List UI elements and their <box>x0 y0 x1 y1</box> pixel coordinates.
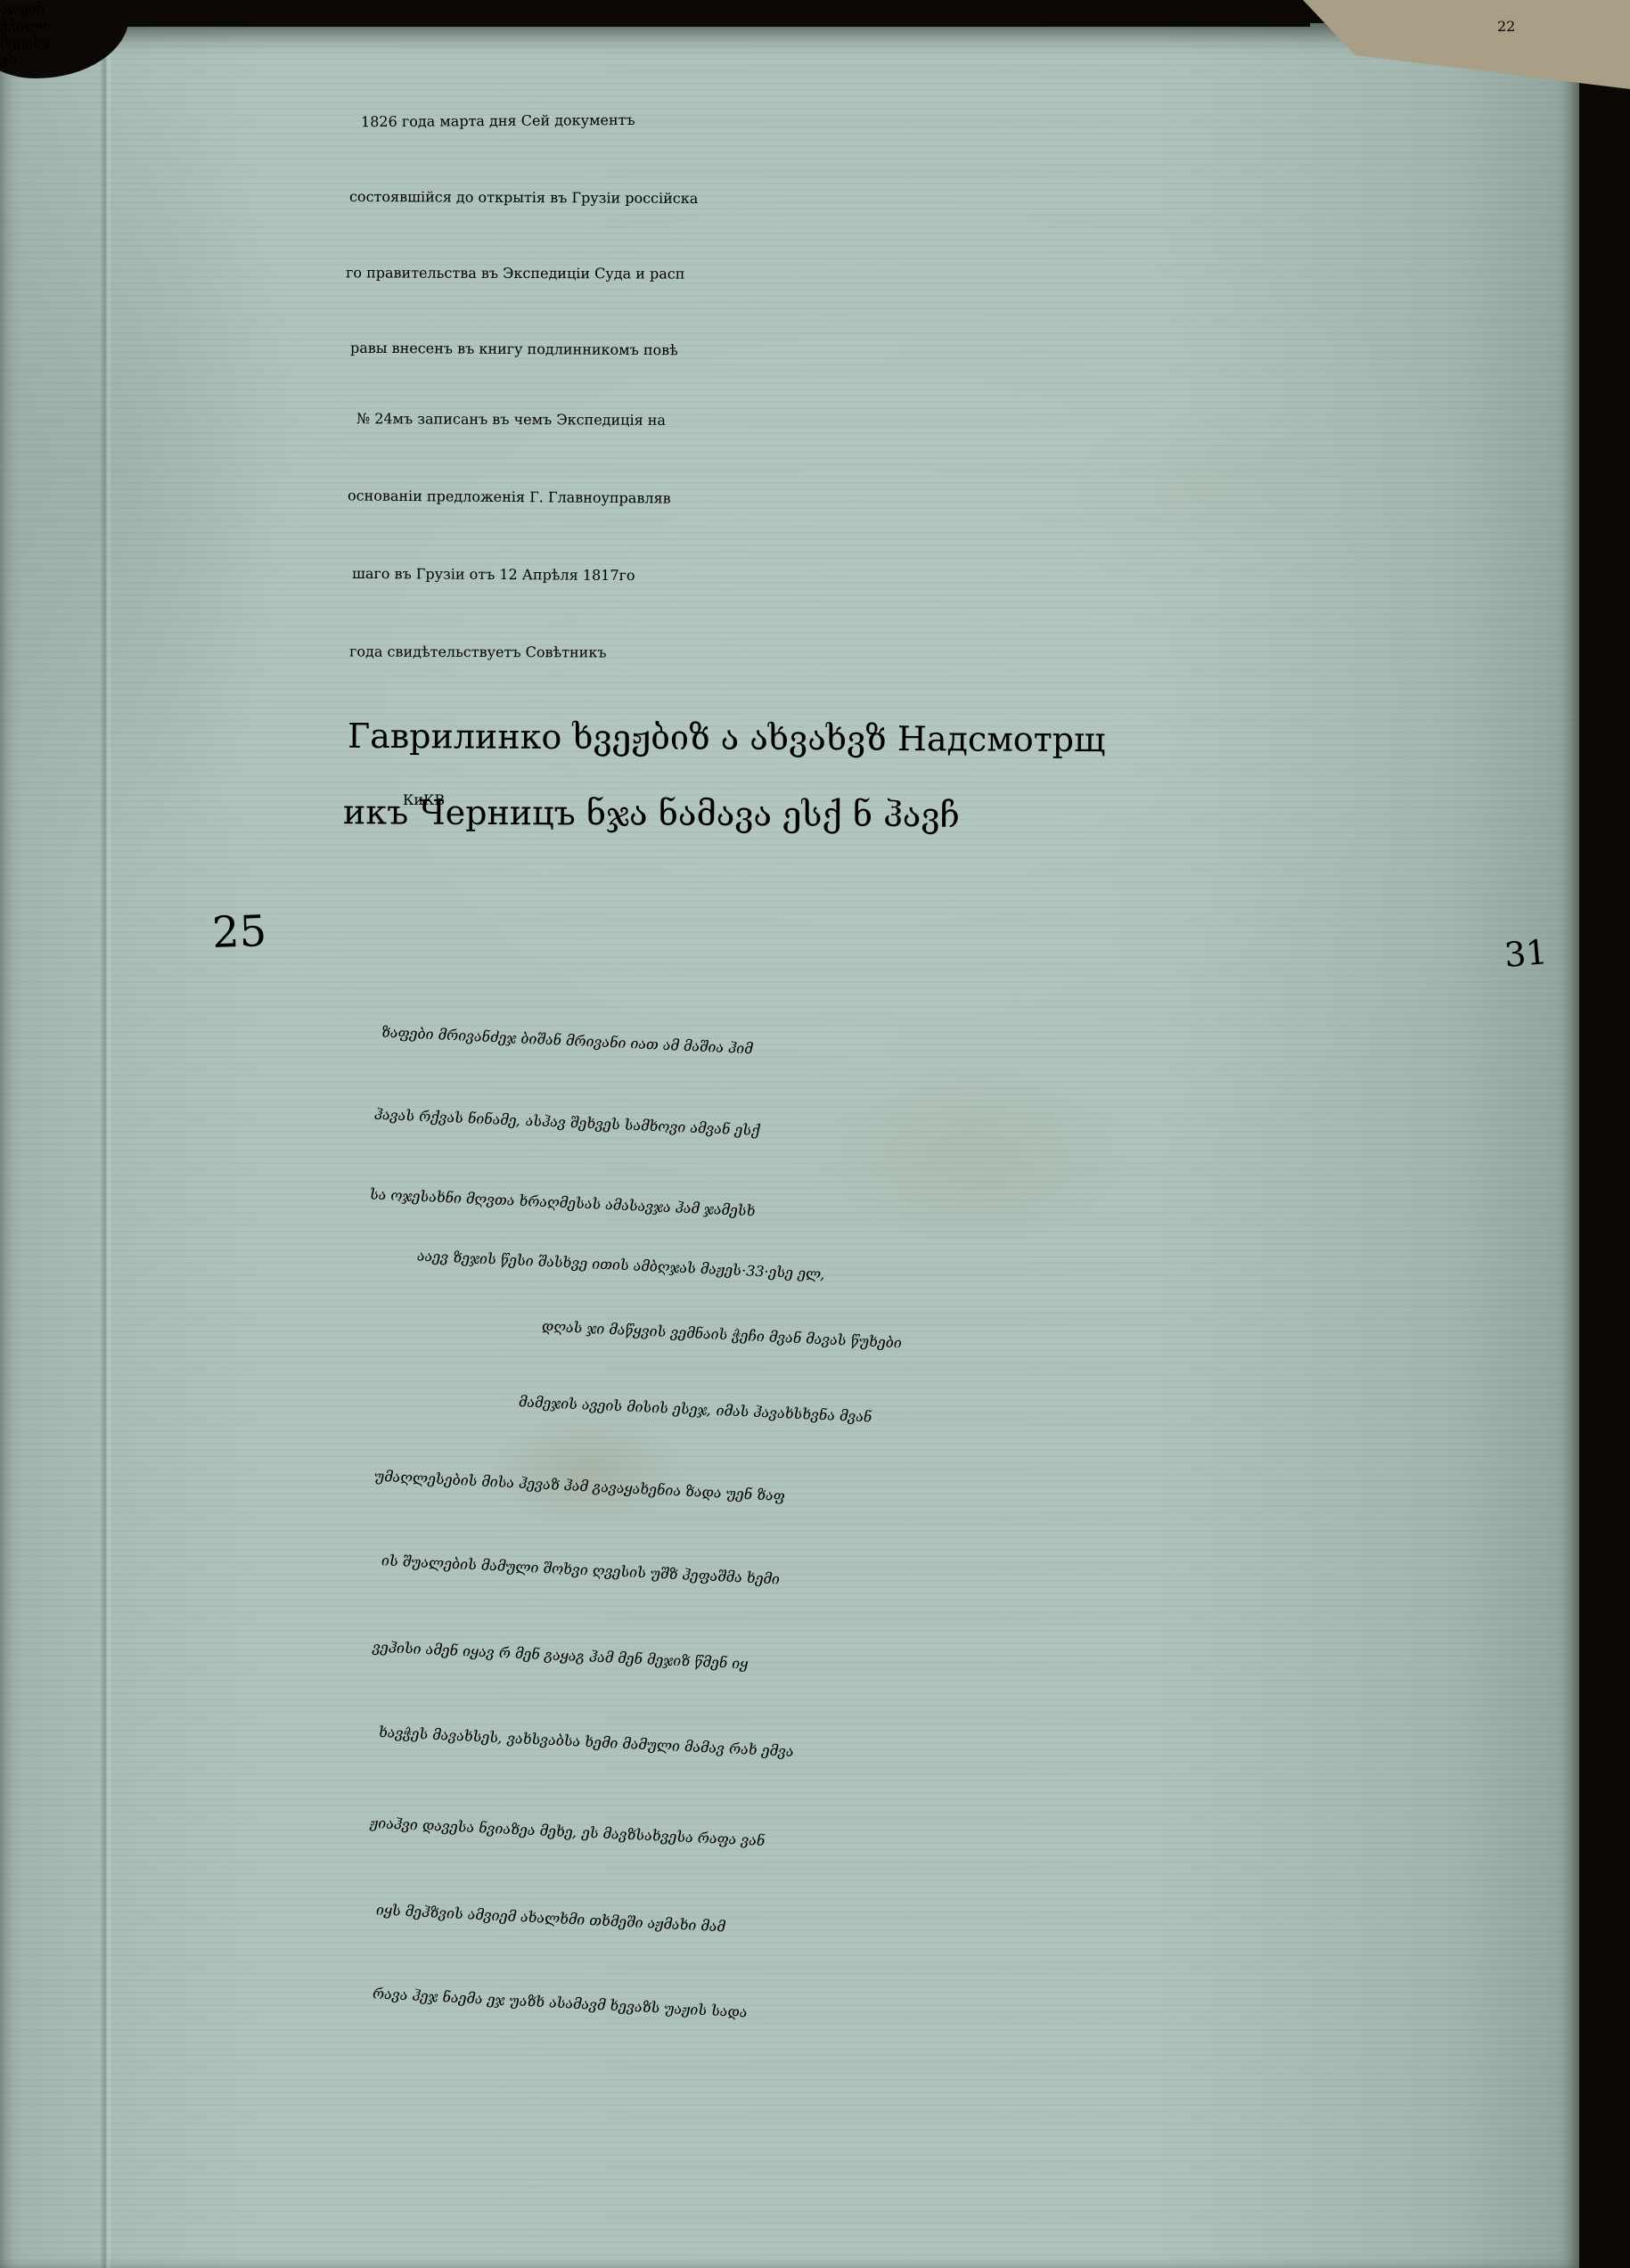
scan-background-top <box>0 0 1310 27</box>
ink-blotch <box>0 896 21 1043</box>
marginal-number: 31 <box>1503 932 1549 975</box>
manuscript-line-ru: равы внесенъ въ книгу подлинникомъ повѣ <box>350 340 678 359</box>
manuscript-line-ru: № 24мъ записанъ въ чемъ Экспедиція на <box>356 410 666 429</box>
manuscript-line-ru: года свидѣтельствуетъ Совѣтникъ <box>349 643 607 660</box>
margin-note-line: მეჟესჯ <box>0 34 52 51</box>
margin-note-line: ჭჭილო <box>0 17 52 34</box>
manuscript-line-ru: Гаврилинко ხვეჟბიზ ა ახვახვზ Надсмотрщ <box>348 716 1106 759</box>
margin-note-line: ვს <box>0 51 52 68</box>
entry-number: 25 <box>211 906 267 958</box>
manuscript-line-ru: основаніи предложенія Г. Главноуправляв <box>348 487 671 506</box>
signature-flourish: КиКВ <box>403 791 445 808</box>
manuscript-line-ru: 1826 года марта дня Сей документъ <box>361 111 635 130</box>
ink-blotch <box>0 1996 16 2183</box>
folio-number: 22 <box>1497 18 1515 35</box>
binding-crease <box>100 23 112 2268</box>
manuscript-line-ru: го правительства въ Экспедиціи Суда и ра… <box>346 264 685 282</box>
ink-speck <box>153 790 167 806</box>
ink-speck <box>330 1225 342 1256</box>
margin-note-box: აღჟიჩ ჭჭილო მეჟესჯ ვს <box>0 0 52 68</box>
paper-sheet <box>0 23 1579 2268</box>
ink-blotch <box>0 548 27 651</box>
manuscript-line-ru: состоявшійся до открытія въ Грузіи россі… <box>349 188 698 207</box>
manuscript-line-ru: шаго въ Грузіи отъ 12 Апрѣля 1817го <box>352 565 635 584</box>
scanned-manuscript-page: 22 1826 года марта дня Сей документъ сос… <box>0 0 1630 2268</box>
margin-note-line: აღჟიჩ <box>0 0 52 17</box>
